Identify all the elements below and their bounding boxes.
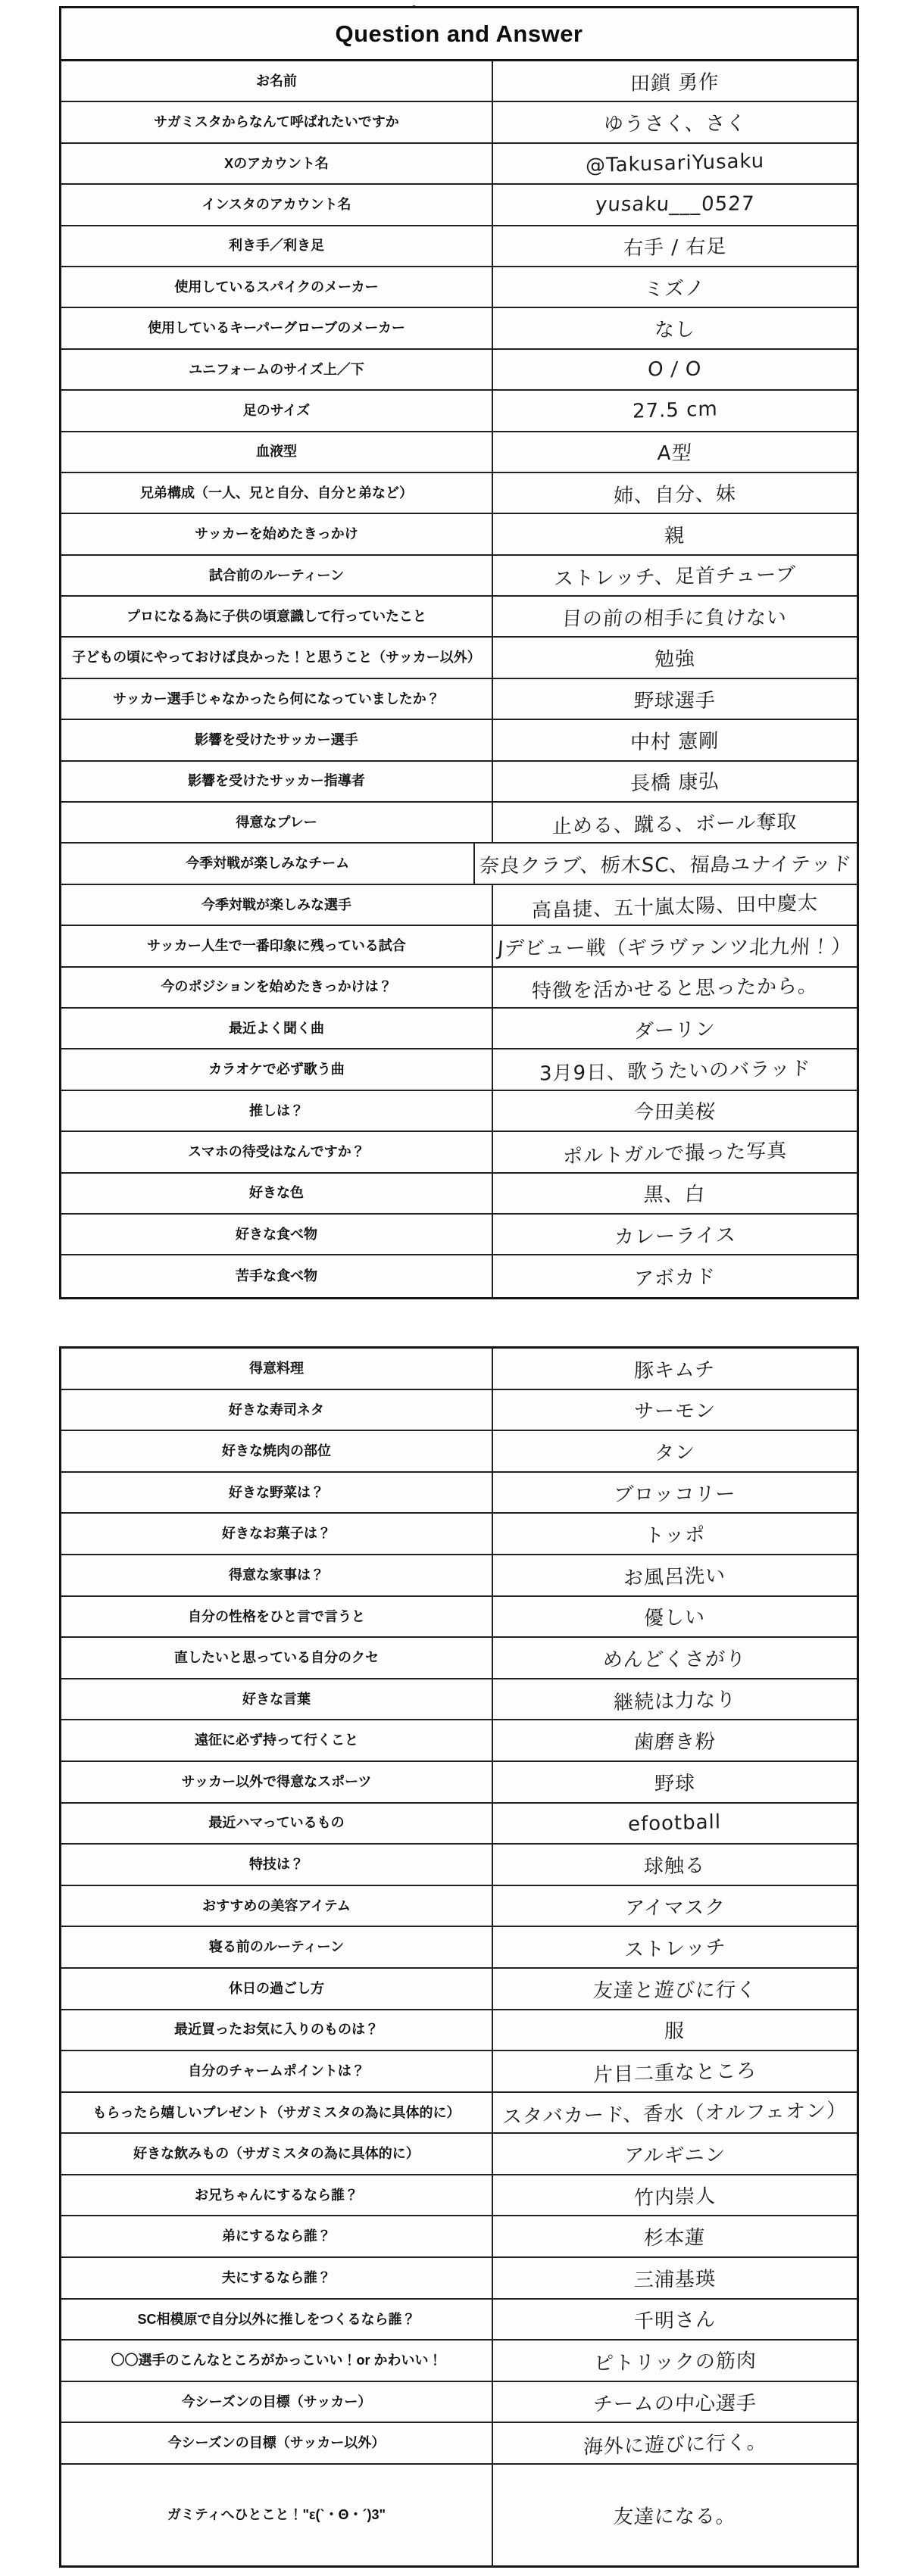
question-cell: サッカー選手じゃなかったら何になっていましたか？ (61, 679, 493, 719)
question-cell: 好きな寿司ネタ (61, 1390, 493, 1430)
qa-row: 弟にするなら誰？杉本蓮 (61, 2216, 857, 2258)
question-cell: もらったら嬉しいプレゼント（サガミスタの為に具体的に） (61, 2093, 493, 2133)
answer-cell: 野球 (493, 1762, 857, 1802)
answer-cell: 継続は力なり (493, 1679, 857, 1720)
qa-row: 得意な家事は？お風呂洗い (61, 1555, 857, 1597)
qa-row: 直したいと思っている自分のクセめんどくさがり (61, 1638, 857, 1679)
qa-row: 血液型A型 (61, 432, 857, 473)
question-cell: 〇〇選手のこんなところがかっこいい！or かわいい！ (61, 2341, 493, 2381)
qa-row: 特技は？球触る (61, 1845, 857, 1886)
answer-cell: 優しい (493, 1597, 857, 1637)
answer-cell: 黒、白 (493, 1174, 857, 1213)
handwritten-answer: 野球選手 (633, 685, 717, 713)
answer-cell: 高畠捷、五十嵐太陽、田中慶太 (493, 885, 857, 925)
handwritten-answer: タン (654, 1436, 695, 1466)
question-cell: 寝る前のルーティーン (61, 1927, 493, 1967)
handwritten-answer: A型 (657, 438, 693, 466)
qa-row: 寝る前のルーティーンストレッチ (61, 1927, 857, 1969)
qa-row: 最近よく聞く曲ダーリン (61, 1009, 857, 1049)
qa-row: 試合前のルーティーンストレッチ、足首チューブ (61, 556, 857, 597)
handwritten-answer: めんどくさがり (602, 1643, 747, 1672)
question-cell: 利き手／利き足 (61, 226, 493, 266)
qa-row: 好きなお菓子は？トッポ (61, 1514, 857, 1555)
question-cell: インスタのアカウント名 (61, 185, 493, 224)
question-cell: 夫にするなら誰？ (61, 2258, 493, 2298)
handwritten-answer: 右手 / 右足 (623, 231, 727, 261)
question-cell: 自分の性格をひと言で言うと (61, 1597, 493, 1637)
handwritten-answer: サーモン (633, 1396, 717, 1424)
answer-cell: 友達になる。 (493, 2465, 857, 2565)
qa-row: 使用しているスパイクのメーカーミズノ (61, 267, 857, 308)
question-cell: 得意料理 (61, 1349, 493, 1389)
question-cell: 使用しているキーパーグローブのメーカー (61, 308, 493, 348)
qa-row: 今シーズンの目標（サッカー）チームの中心選手 (61, 2382, 857, 2424)
answer-cell: タン (493, 1431, 857, 1471)
question-cell: 直したいと思っている自分のクセ (61, 1638, 493, 1678)
qa-row: Xのアカウント名@TakusariYusaku (61, 144, 857, 185)
qa-row: 推しは？今田美桜 (61, 1091, 857, 1132)
answer-cell: 野球選手 (493, 679, 857, 719)
handwritten-answer: 三浦基瑛 (634, 2263, 717, 2293)
qa-row: スマホの待受はなんですか？ポルトガルで撮った写真 (61, 1132, 857, 1173)
answer-cell: 杉本蓮 (493, 2216, 857, 2256)
scanned-qa-sheet: Question and Answer お名前田鎖 勇作サガミスタからなんて呼ば… (0, 0, 909, 2576)
qa-row: 〇〇選手のこんなところがかっこいい！or かわいい！ピトリックの筋肉 (61, 2341, 857, 2382)
handwritten-answer: ストレッチ (623, 1932, 726, 1963)
question-cell: 好きな食べ物 (61, 1215, 493, 1254)
answer-cell: 千明さん (493, 2300, 857, 2340)
handwritten-answer: カレーライス (614, 1219, 736, 1249)
handwritten-answer: O / O (647, 358, 702, 381)
answer-cell: 止める、蹴る、ボール奪取 (493, 803, 857, 842)
handwritten-answer: お風呂洗い (623, 1560, 726, 1591)
answer-cell: ゆうさく、さく (493, 102, 857, 142)
question-cell: スマホの待受はなんですか？ (61, 1132, 493, 1171)
handwritten-answer: ミズノ (644, 273, 705, 302)
handwritten-answer: 高畠捷、五十嵐太陽、田中慶太 (532, 887, 818, 923)
question-cell: 遠征に必ず持って行くこと (61, 1720, 493, 1760)
answer-cell: なし (493, 308, 857, 348)
question-cell: ユニフォームのサイズ上／下 (61, 350, 493, 389)
handwritten-answer: 親 (664, 520, 685, 549)
qa-row: 影響を受けたサッカー指導者長橋 康弘 (61, 762, 857, 803)
handwritten-answer: 黒、白 (643, 1179, 706, 1207)
question-cell: 今季対戦が楽しみなチーム (61, 844, 475, 883)
handwritten-answer: 千明さん (634, 2304, 716, 2334)
handwritten-answer: 服 (664, 2016, 686, 2044)
answer-cell: ポルトガルで撮った写真 (493, 1132, 857, 1171)
qa-row: 最近ハマっているものefootball (61, 1804, 857, 1845)
answer-cell: 勉強 (493, 638, 857, 677)
answer-cell: efootball (493, 1804, 857, 1844)
answer-cell: アイマスク (493, 1886, 857, 1926)
question-cell: 好きな言葉 (61, 1679, 493, 1720)
qa-row: 自分の性格をひと言で言うと優しい (61, 1597, 857, 1639)
question-cell: 得意な家事は？ (61, 1555, 493, 1595)
handwritten-answer: 中村 憲剛 (630, 725, 720, 755)
handwritten-answer: ブロッコリー (613, 1478, 737, 1507)
answer-cell: 特徴を活かせると思ったから。 (493, 968, 857, 1007)
handwritten-answer: Jデビュー戦（ギラヴァンツ北九州！） (497, 931, 853, 961)
handwritten-answer: 姉、自分、妹 (614, 478, 737, 508)
answer-cell: 田鎖 勇作 (493, 61, 857, 101)
qa-row: 今のポジションを始めたきっかけは？特徴を活かせると思ったから。 (61, 968, 857, 1009)
qa-row: 今季対戦が楽しみなチーム奈良クラブ、栃木SC、福島ユナイテッド (61, 844, 857, 884)
qa-row: インスタのアカウント名yusaku___0527 (61, 185, 857, 226)
qa-row: お名前田鎖 勇作 (61, 61, 857, 102)
handwritten-answer: 止める、蹴る、ボール奪取 (552, 806, 798, 839)
handwritten-answer: 継続は力なり (614, 1683, 736, 1715)
qa-row: サガミスタからなんて呼ばれたいですかゆうさく、さく (61, 102, 857, 143)
question-cell: 苦手な食べ物 (61, 1255, 493, 1296)
handwritten-answer: 友達になる。 (613, 2501, 737, 2530)
question-cell: 好きな色 (61, 1174, 493, 1213)
qa-row: おすすめの美容アイテムアイマスク (61, 1886, 857, 1928)
question-cell: 使用しているスパイクのメーカー (61, 267, 493, 307)
question-cell: カラオケで必ず歌う曲 (61, 1049, 493, 1089)
qa-row: 最近買ったお気に入りのものは？服 (61, 2010, 857, 2052)
qa-row: 得意料理豚キムチ (61, 1349, 857, 1390)
question-cell: 好きな野菜は？ (61, 1473, 493, 1513)
answer-cell: Jデビュー戦（ギラヴァンツ北九州！） (493, 926, 857, 965)
qa-row: サッカーを始めたきっかけ親 (61, 514, 857, 555)
qa-row: 苦手な食べ物アボカド (61, 1255, 857, 1296)
qa-row: 兄弟構成（一人、兄と自分、自分と弟など）姉、自分、妹 (61, 473, 857, 514)
qa-row: 今シーズンの目標（サッカー以外）海外に遊びに行く。 (61, 2423, 857, 2465)
question-cell: 今のポジションを始めたきっかけは？ (61, 968, 493, 1007)
handwritten-answer: 27.5 cm (632, 398, 717, 423)
question-cell: お兄ちゃんにするなら誰？ (61, 2175, 493, 2216)
answer-cell: @TakusariYusaku (493, 144, 857, 183)
qa-row: 好きな寿司ネタサーモン (61, 1390, 857, 1432)
qa-table-1: Question and Answer お名前田鎖 勇作サガミスタからなんて呼ば… (59, 6, 859, 1299)
answer-cell: スタバカード、香水（オルフェオン） (493, 2093, 857, 2133)
question-cell: 好きなお菓子は？ (61, 1514, 493, 1554)
answer-cell: ダーリン (493, 1009, 857, 1048)
answer-cell: A型 (493, 432, 857, 472)
question-cell: 今シーズンの目標（サッカー） (61, 2382, 493, 2422)
handwritten-answer: 竹内崇人 (634, 2180, 716, 2210)
question-cell: 兄弟構成（一人、兄と自分、自分と弟など） (61, 473, 493, 513)
question-cell: ガミティへひとこと！"ε(`・Θ・´)3" (61, 2465, 493, 2565)
answer-cell: ミズノ (493, 267, 857, 307)
answer-cell: 27.5 cm (493, 391, 857, 430)
handwritten-answer: yusaku___0527 (595, 193, 755, 217)
question-cell: 特技は？ (61, 1845, 493, 1885)
answer-cell: 奈良クラブ、栃木SC、福島ユナイテッド (475, 844, 857, 883)
question-cell: 好きな飲みもの（サガミスタの為に具体的に） (61, 2134, 493, 2174)
answer-cell: 豚キムチ (493, 1349, 857, 1389)
qa-row: サッカー選手じゃなかったら何になっていましたか？野球選手 (61, 679, 857, 720)
qa-row: サッカー以外で得意なスポーツ野球 (61, 1762, 857, 1804)
qa-table-2: 得意料理豚キムチ好きな寿司ネタサーモン好きな焼肉の部位タン好きな野菜は？ブロッコ… (59, 1346, 859, 2568)
question-cell: 休日の過ごし方 (61, 1969, 493, 2009)
question-cell: サッカーを始めたきっかけ (61, 514, 493, 554)
qa-row: プロになる為に子供の頃意識して行っていたこと目の前の相手に負けない (61, 597, 857, 638)
answer-cell: 三浦基瑛 (493, 2258, 857, 2298)
answer-cell: 中村 憲剛 (493, 720, 857, 759)
question-cell: 得意なプレー (61, 803, 493, 842)
answer-cell: アボカド (493, 1255, 857, 1296)
handwritten-answer: 目の前の相手に負けない (561, 602, 788, 632)
qa-row: 好きな焼肉の部位タン (61, 1431, 857, 1473)
qa-row: 影響を受けたサッカー選手中村 憲剛 (61, 720, 857, 761)
question-cell: 自分のチャームポイントは？ (61, 2051, 493, 2091)
handwritten-answer: efootball (628, 1810, 721, 1835)
answer-cell: チームの中心選手 (493, 2382, 857, 2422)
answer-cell: 竹内崇人 (493, 2175, 857, 2216)
question-cell: サガミスタからなんて呼ばれたいですか (61, 102, 493, 142)
answer-cell: アルギニン (493, 2134, 857, 2174)
qa-row: 使用しているキーパーグローブのメーカーなし (61, 308, 857, 349)
qa-row: 子どもの頃にやっておけば良かった！と思うこと（サッカー以外）勉強 (61, 638, 857, 678)
handwritten-answer: ストレッチ、足首チューブ (554, 559, 796, 591)
handwritten-answer: アルギニン (623, 2140, 726, 2169)
question-cell: 影響を受けたサッカー指導者 (61, 762, 493, 801)
qa-row: 好きな野菜は？ブロッコリー (61, 1473, 857, 1514)
answer-cell: 歯磨き粉 (493, 1720, 857, 1760)
handwritten-answer: 海外に遊びに行く。 (583, 2427, 767, 2460)
qa-row: 今季対戦が楽しみな選手高畠捷、五十嵐太陽、田中慶太 (61, 885, 857, 926)
handwritten-answer: 3月9日、歌うたいのバラッド (539, 1053, 811, 1087)
qa-row: 好きな飲みもの（サガミスタの為に具体的に）アルギニン (61, 2134, 857, 2175)
handwritten-answer: 特徴を活かせると思ったから。 (532, 971, 819, 1004)
qa-row: 利き手／利き足右手 / 右足 (61, 226, 857, 267)
answer-cell: yusaku___0527 (493, 185, 857, 224)
answer-cell: ストレッチ、足首チューブ (493, 556, 857, 595)
question-cell: 子どもの頃にやっておけば良かった！と思うこと（サッカー以外） (61, 638, 493, 677)
handwritten-answer: チームの中心選手 (592, 2387, 757, 2416)
qa-row: 好きな言葉継続は力なり (61, 1679, 857, 1721)
answer-cell: お風呂洗い (493, 1555, 857, 1595)
answer-cell: 目の前の相手に負けない (493, 597, 857, 636)
question-cell: サッカー以外で得意なスポーツ (61, 1762, 493, 1802)
question-cell: 今シーズンの目標（サッカー以外） (61, 2423, 493, 2463)
answer-cell: カレーライス (493, 1215, 857, 1254)
qa-table-1-rows: お名前田鎖 勇作サガミスタからなんて呼ばれたいですかゆうさく、さくXのアカウント… (61, 61, 857, 1297)
handwritten-answer: アボカド (634, 1261, 716, 1292)
answer-cell: めんどくさがり (493, 1638, 857, 1678)
question-cell: お名前 (61, 61, 493, 101)
page-title: Question and Answer (61, 8, 857, 61)
qa-row: SC相模原で自分以外に推しをつくるなら誰？千明さん (61, 2300, 857, 2341)
answer-cell: 長橋 康弘 (493, 762, 857, 801)
qa-row: 自分のチャームポイントは？片目二重なところ (61, 2051, 857, 2093)
question-cell: 今季対戦が楽しみな選手 (61, 885, 493, 925)
question-cell: 最近よく聞く曲 (61, 1009, 493, 1048)
answer-cell: ストレッチ (493, 1927, 857, 1967)
question-cell: 足のサイズ (61, 391, 493, 430)
qa-row: ガミティへひとこと！"ε(`・Θ・´)3"友達になる。 (61, 2465, 857, 2565)
answer-cell: 今田美桜 (493, 1091, 857, 1131)
answer-cell: サーモン (493, 1390, 857, 1430)
answer-cell: 海外に遊びに行く。 (493, 2423, 857, 2463)
question-cell: 好きな焼肉の部位 (61, 1431, 493, 1471)
handwritten-answer: 球触る (644, 1850, 706, 1879)
answer-cell: 右手 / 右足 (493, 226, 857, 266)
answer-cell: ブロッコリー (493, 1473, 857, 1513)
qa-row: サッカー人生で一番印象に残っている試合Jデビュー戦（ギラヴァンツ北九州！） (61, 926, 857, 967)
qa-row: 得意なプレー止める、蹴る、ボール奪取 (61, 803, 857, 844)
handwritten-answer: アイマスク (623, 1891, 726, 1920)
answer-cell: ピトリックの筋肉 (493, 2341, 857, 2381)
handwritten-answer: 長橋 康弘 (630, 766, 720, 797)
answer-cell: トッポ (493, 1514, 857, 1554)
handwritten-answer: ダーリン (634, 1013, 716, 1043)
question-cell: 影響を受けたサッカー選手 (61, 720, 493, 759)
qa-row: もらったら嬉しいプレゼント（サガミスタの為に具体的に）スタバカード、香水（オルフ… (61, 2093, 857, 2135)
question-cell: おすすめの美容アイテム (61, 1886, 493, 1926)
qa-row: 好きな色黒、白 (61, 1174, 857, 1215)
qa-row: カラオケで必ず歌う曲3月9日、歌うたいのバラッド (61, 1049, 857, 1090)
question-cell: 試合前のルーティーン (61, 556, 493, 595)
answer-cell: 友達と遊びに行く (493, 1969, 857, 2009)
handwritten-answer: 優しい (644, 1602, 706, 1632)
handwritten-answer: 友達と遊びに行く (592, 1974, 757, 2003)
question-cell: 最近ハマっているもの (61, 1804, 493, 1844)
handwritten-answer: 片目二重なところ (593, 2055, 757, 2088)
handwritten-answer: ゆうさく、さく (603, 108, 748, 137)
answer-cell: O / O (493, 350, 857, 389)
qa-row: 足のサイズ27.5 cm (61, 391, 857, 432)
handwritten-answer: 豚キムチ (634, 1354, 716, 1383)
handwritten-answer: 歯磨き粉 (633, 1726, 717, 1755)
question-cell: 弟にするなら誰？ (61, 2216, 493, 2256)
answer-cell: 片目二重なところ (493, 2051, 857, 2091)
handwritten-answer: トッポ (645, 1519, 706, 1548)
question-cell: プロになる為に子供の頃意識して行っていたこと (61, 597, 493, 636)
handwritten-answer: ピトリックの筋肉 (593, 2345, 757, 2376)
answer-cell: 親 (493, 514, 857, 554)
qa-row: 好きな食べ物カレーライス (61, 1215, 857, 1255)
question-cell: SC相模原で自分以外に推しをつくるなら誰？ (61, 2300, 493, 2340)
answer-cell: 服 (493, 2010, 857, 2051)
handwritten-answer: 奈良クラブ、栃木SC、福島ユナイテッド (479, 849, 853, 879)
qa-row: 休日の過ごし方友達と遊びに行く (61, 1969, 857, 2010)
question-cell: 血液型 (61, 432, 493, 472)
question-cell: 推しは？ (61, 1091, 493, 1131)
question-cell: 最近買ったお気に入りのものは？ (61, 2010, 493, 2051)
qa-row: 遠征に必ず持って行くこと歯磨き粉 (61, 1720, 857, 1762)
handwritten-answer: 田鎖 勇作 (630, 67, 720, 96)
question-cell: サッカー人生で一番印象に残っている試合 (61, 926, 493, 965)
answer-cell: 3月9日、歌うたいのバラッド (493, 1049, 857, 1089)
handwritten-answer: ポルトガルで撮った写真 (563, 1135, 788, 1169)
handwritten-answer: 杉本蓮 (643, 2222, 706, 2250)
handwritten-answer: スタバカード、香水（オルフェオン） (502, 2095, 848, 2130)
qa-row: ユニフォームのサイズ上／下O / O (61, 350, 857, 391)
qa-row: お兄ちゃんにするなら誰？竹内崇人 (61, 2175, 857, 2217)
handwritten-answer: なし (654, 314, 696, 343)
question-cell: Xのアカウント名 (61, 144, 493, 183)
qa-table-2-rows: 得意料理豚キムチ好きな寿司ネタサーモン好きな焼肉の部位タン好きな野菜は？ブロッコ… (61, 1349, 857, 2565)
answer-cell: 姉、自分、妹 (493, 473, 857, 513)
handwritten-answer: 今田美桜 (633, 1096, 717, 1125)
handwritten-answer: @TakusariYusaku (586, 150, 764, 178)
qa-row: 夫にするなら誰？三浦基瑛 (61, 2258, 857, 2300)
handwritten-answer: 野球 (654, 1767, 696, 1796)
answer-cell: 球触る (493, 1845, 857, 1885)
handwritten-answer: 勉強 (654, 643, 695, 672)
